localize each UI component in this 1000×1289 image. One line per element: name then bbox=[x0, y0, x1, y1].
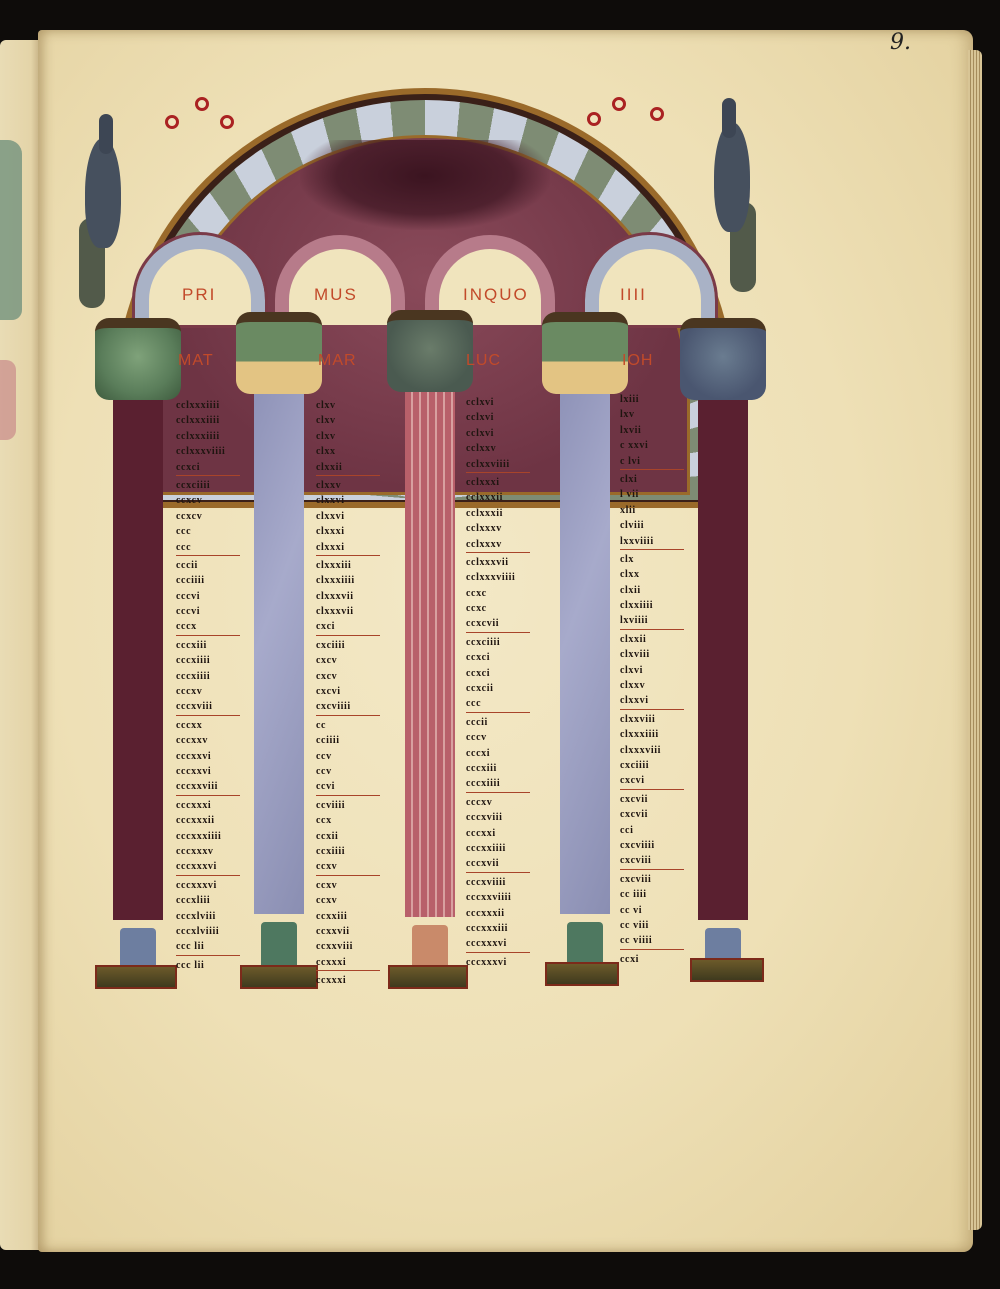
canon-number: cccxiiii bbox=[466, 776, 530, 792]
acanthus-capital-icon bbox=[542, 312, 628, 394]
canon-number: cccxxi bbox=[466, 826, 530, 841]
canon-number: cccxxviii bbox=[176, 779, 240, 795]
canon-number: ccciiii bbox=[176, 573, 240, 588]
canon-number: cclxvi bbox=[466, 410, 530, 425]
canon-number: ccxxviii bbox=[316, 939, 380, 954]
canon-number: cccxxxii bbox=[176, 813, 240, 828]
canon-number: ccc lii bbox=[176, 939, 240, 955]
canon-number: clxxviii bbox=[620, 712, 684, 727]
canon-column-luke: cclxvicclxvicclxvicclxxvcclxxviiiicclxxx… bbox=[466, 395, 530, 970]
canon-number: cclxxxviiii bbox=[466, 570, 530, 585]
canon-number: cccxvii bbox=[466, 856, 530, 872]
canon-number: lxv bbox=[620, 407, 684, 422]
left-page-figure-illumination bbox=[0, 140, 22, 320]
canon-number: ccxci bbox=[466, 666, 530, 681]
canon-number: cccx bbox=[176, 619, 240, 635]
canon-number: cccxxviiii bbox=[466, 890, 530, 905]
canon-number: cccxxxvi bbox=[466, 936, 530, 952]
canon-number: clxxv bbox=[316, 478, 380, 493]
canon-number: ccv bbox=[316, 749, 380, 764]
canon-number: cccxxxiiii bbox=[176, 829, 240, 844]
canon-number: cxci bbox=[316, 619, 380, 635]
canon-number: ccxci bbox=[466, 650, 530, 665]
canon-number: ccxcv bbox=[176, 509, 240, 524]
column-base-2 bbox=[240, 965, 318, 989]
canon-number: clxxii bbox=[316, 460, 380, 476]
canon-number: cccxiii bbox=[176, 638, 240, 653]
canon-number: clx bbox=[620, 552, 684, 567]
canon-number: cxcviii bbox=[620, 853, 684, 869]
canon-number: clxx bbox=[620, 567, 684, 582]
canon-number: clxii bbox=[620, 583, 684, 598]
canon-number: cclxxviiii bbox=[466, 457, 530, 473]
column-base-4 bbox=[545, 962, 619, 986]
folio-number: 9. bbox=[890, 30, 911, 55]
canon-number: cccxviiii bbox=[466, 875, 530, 890]
canon-number: ccxcvii bbox=[466, 616, 530, 632]
canon-number: cccvi bbox=[176, 589, 240, 604]
canon-number: cccxxv bbox=[176, 733, 240, 748]
canon-number: ccxxxi bbox=[316, 955, 380, 971]
canon-number: cccxxxiii bbox=[466, 921, 530, 936]
canon-number: clxxxvii bbox=[316, 589, 380, 604]
canon-number: cclxxxv bbox=[466, 537, 530, 553]
left-page-floral-illumination bbox=[0, 360, 16, 440]
flower-bud-icon bbox=[165, 115, 179, 129]
canon-number: cclxxxvii bbox=[466, 555, 530, 570]
canon-number: cccxlviiii bbox=[176, 924, 240, 939]
arch-heading-4: IIII bbox=[620, 285, 647, 305]
canon-number: cccv bbox=[466, 730, 530, 745]
canon-column-mark: clxvclxvclxvclxxclxxiiclxxvclxxviclxxvic… bbox=[316, 398, 380, 988]
canon-number: cclxxxiiii bbox=[176, 398, 240, 413]
acanthus-capital-icon bbox=[680, 318, 766, 400]
canon-number: ccxv bbox=[316, 859, 380, 875]
acanthus-capital-icon bbox=[236, 312, 322, 394]
canon-number: ccxv bbox=[316, 878, 380, 893]
canon-number: ccc bbox=[466, 696, 530, 712]
canon-number: cccii bbox=[176, 558, 240, 573]
canon-number: clviii bbox=[620, 518, 684, 533]
canon-number: cxcviiii bbox=[620, 838, 684, 853]
canon-number: cc viiii bbox=[620, 933, 684, 949]
canon-number: cxciiii bbox=[620, 758, 684, 773]
canon-number: cclxxv bbox=[466, 441, 530, 456]
flower-bud-icon bbox=[650, 107, 664, 121]
flower-bud-icon bbox=[612, 97, 626, 111]
canon-number: cclxvi bbox=[466, 426, 530, 441]
canon-number: cccxxxi bbox=[176, 798, 240, 813]
canon-column-john: lxiiilxvlxviic xxvic lviclxil viixliiclv… bbox=[620, 392, 684, 967]
canon-number: clxxii bbox=[620, 632, 684, 647]
canon-number: ccviiii bbox=[316, 798, 380, 813]
canon-number: ccc lii bbox=[176, 958, 240, 973]
canon-number: ccxxxi bbox=[316, 973, 380, 988]
canon-number: cxcvii bbox=[620, 807, 684, 822]
evangelist-label-john: IOH bbox=[622, 352, 653, 370]
canon-number: cccxxxii bbox=[466, 906, 530, 921]
canon-number: cccvi bbox=[176, 604, 240, 619]
canon-number: clxxvi bbox=[620, 693, 684, 709]
peacock-left-icon bbox=[75, 108, 135, 308]
canon-number: cccxviii bbox=[466, 810, 530, 825]
column-shaft bbox=[113, 400, 163, 920]
canon-number: cccxiiii bbox=[176, 653, 240, 668]
canon-number: ccxi bbox=[620, 952, 684, 967]
column-shaft bbox=[254, 394, 304, 914]
canon-number: clxxiiii bbox=[620, 598, 684, 613]
canon-number: ccc bbox=[176, 540, 240, 556]
canon-number: ccvi bbox=[316, 779, 380, 795]
canon-number: cc bbox=[316, 718, 380, 733]
canon-number: c lvi bbox=[620, 454, 684, 470]
column-base-1 bbox=[95, 965, 177, 989]
canon-number: clxi bbox=[620, 472, 684, 487]
canon-number: clxxxiiii bbox=[316, 573, 380, 588]
canon-number: cclxxxii bbox=[466, 506, 530, 521]
canon-number: lxvii bbox=[620, 423, 684, 438]
flower-bud-icon bbox=[587, 112, 601, 126]
canon-number: clxxvi bbox=[316, 509, 380, 524]
flower-bud-icon bbox=[220, 115, 234, 129]
canon-number: clxx bbox=[316, 444, 380, 459]
canon-number: clxxxvii bbox=[316, 604, 380, 619]
canon-number: cccxv bbox=[466, 795, 530, 810]
canon-number: cccxiiii bbox=[176, 669, 240, 684]
canon-number: cc vi bbox=[620, 903, 684, 918]
canon-number: cxciiii bbox=[316, 638, 380, 653]
column-base-3 bbox=[388, 965, 468, 989]
canon-number: clxxxi bbox=[316, 540, 380, 556]
canon-number: cccxiii bbox=[466, 761, 530, 776]
canon-number: clxxxi bbox=[316, 524, 380, 539]
canon-number: cclxxxii bbox=[466, 490, 530, 505]
canon-number: ccxcii bbox=[466, 681, 530, 696]
canon-number: ccxiiii bbox=[316, 844, 380, 859]
canon-number: cc iiii bbox=[620, 887, 684, 902]
column-shaft bbox=[560, 394, 610, 914]
canon-number: cclxvi bbox=[466, 395, 530, 410]
canon-number: cccxv bbox=[176, 684, 240, 699]
canon-number: clxv bbox=[316, 429, 380, 444]
column-shaft bbox=[405, 392, 455, 917]
canon-number: clxxv bbox=[620, 678, 684, 693]
canon-number: c xxvi bbox=[620, 438, 684, 453]
twin-heads-capital-icon bbox=[387, 310, 473, 392]
canon-number: cc viii bbox=[620, 918, 684, 933]
canon-number: cxcvi bbox=[620, 773, 684, 789]
canon-number: cccxlviii bbox=[176, 909, 240, 924]
canon-number: cccxliii bbox=[176, 893, 240, 908]
canon-number: cci bbox=[620, 823, 684, 838]
canon-number: cxcv bbox=[316, 669, 380, 684]
canon-number: clxxxiii bbox=[316, 558, 380, 573]
canon-number: ccxciiii bbox=[176, 478, 240, 493]
arch-heading-1: PRI bbox=[182, 285, 216, 305]
canon-number: lxviiii bbox=[620, 613, 684, 629]
page-stack-edges bbox=[968, 50, 982, 1230]
canon-number: ccxxiii bbox=[316, 909, 380, 924]
canon-number: ccxciiii bbox=[466, 635, 530, 650]
arch-heading-2: MUS bbox=[314, 285, 358, 305]
arch-heading-3: INQUO bbox=[463, 285, 529, 305]
canon-number: ccv bbox=[316, 764, 380, 779]
canon-number: xlii bbox=[620, 503, 684, 518]
canon-number: cxcvi bbox=[316, 684, 380, 699]
canon-number: cclxxxviiii bbox=[176, 444, 240, 459]
canon-number: cccxviii bbox=[176, 699, 240, 715]
canon-number: cccxxvi bbox=[176, 749, 240, 764]
canon-number: ccxc bbox=[466, 586, 530, 601]
canon-number: cciiii bbox=[316, 733, 380, 748]
canon-number: cxcviii bbox=[620, 872, 684, 887]
tympanum-beasts-mask-icon bbox=[300, 140, 550, 230]
canon-number: lxxviiii bbox=[620, 534, 684, 550]
canon-number: clxv bbox=[316, 413, 380, 428]
canon-number: ccxc bbox=[466, 601, 530, 616]
canon-number: ccc bbox=[176, 524, 240, 539]
column-shaft bbox=[698, 400, 748, 920]
canon-number: cxcv bbox=[316, 653, 380, 668]
canon-number: cclxxxiiii bbox=[176, 413, 240, 428]
canon-number: clxviii bbox=[620, 647, 684, 662]
canon-column-matthew: cclxxxiiiicclxxxiiiicclxxxiiiicclxxxviii… bbox=[176, 398, 240, 973]
canon-number: cccxxxv bbox=[176, 844, 240, 859]
canon-number: clxxxviii bbox=[620, 743, 684, 758]
evangelist-label-mark: MAR bbox=[318, 352, 357, 370]
column-base-5 bbox=[690, 958, 764, 982]
canon-number: ccx bbox=[316, 813, 380, 828]
canon-number: cccxxxvi bbox=[176, 878, 240, 893]
canon-number: cccxxiiii bbox=[466, 841, 530, 856]
peacock-right-icon bbox=[700, 92, 760, 292]
canon-number: ccxii bbox=[316, 829, 380, 844]
canon-number: cccxxxvi bbox=[466, 955, 530, 970]
canon-number: clxxxiiii bbox=[620, 727, 684, 742]
canon-number: cccii bbox=[466, 715, 530, 730]
canon-number: clxvi bbox=[620, 663, 684, 678]
canon-number: cxcvii bbox=[620, 792, 684, 807]
canon-number: cccxx bbox=[176, 718, 240, 733]
canon-number: cclxxxv bbox=[466, 521, 530, 536]
canon-number: cxcviiii bbox=[316, 699, 380, 715]
evangelist-label-luke: LUC bbox=[466, 352, 501, 370]
canon-number: cccxi bbox=[466, 746, 530, 761]
canon-number: ccxcv bbox=[176, 493, 240, 508]
canon-number: cclxxxiiii bbox=[176, 429, 240, 444]
evangelist-label-matthew: MAT bbox=[178, 352, 214, 370]
column-plinth bbox=[261, 922, 297, 970]
canon-number: ccxv bbox=[316, 893, 380, 908]
canon-number: cccxxvi bbox=[176, 764, 240, 779]
flower-bud-icon bbox=[195, 97, 209, 111]
canon-number: cccxxxvi bbox=[176, 859, 240, 875]
acanthus-capital-icon bbox=[95, 318, 181, 400]
canon-number: cclxxxi bbox=[466, 475, 530, 490]
canon-number: lxiii bbox=[620, 392, 684, 407]
canon-number: clxv bbox=[316, 398, 380, 413]
canon-number: ccxci bbox=[176, 460, 240, 476]
canon-number: l vii bbox=[620, 487, 684, 502]
canon-number: ccxxvii bbox=[316, 924, 380, 939]
canon-number: clxxvi bbox=[316, 493, 380, 508]
